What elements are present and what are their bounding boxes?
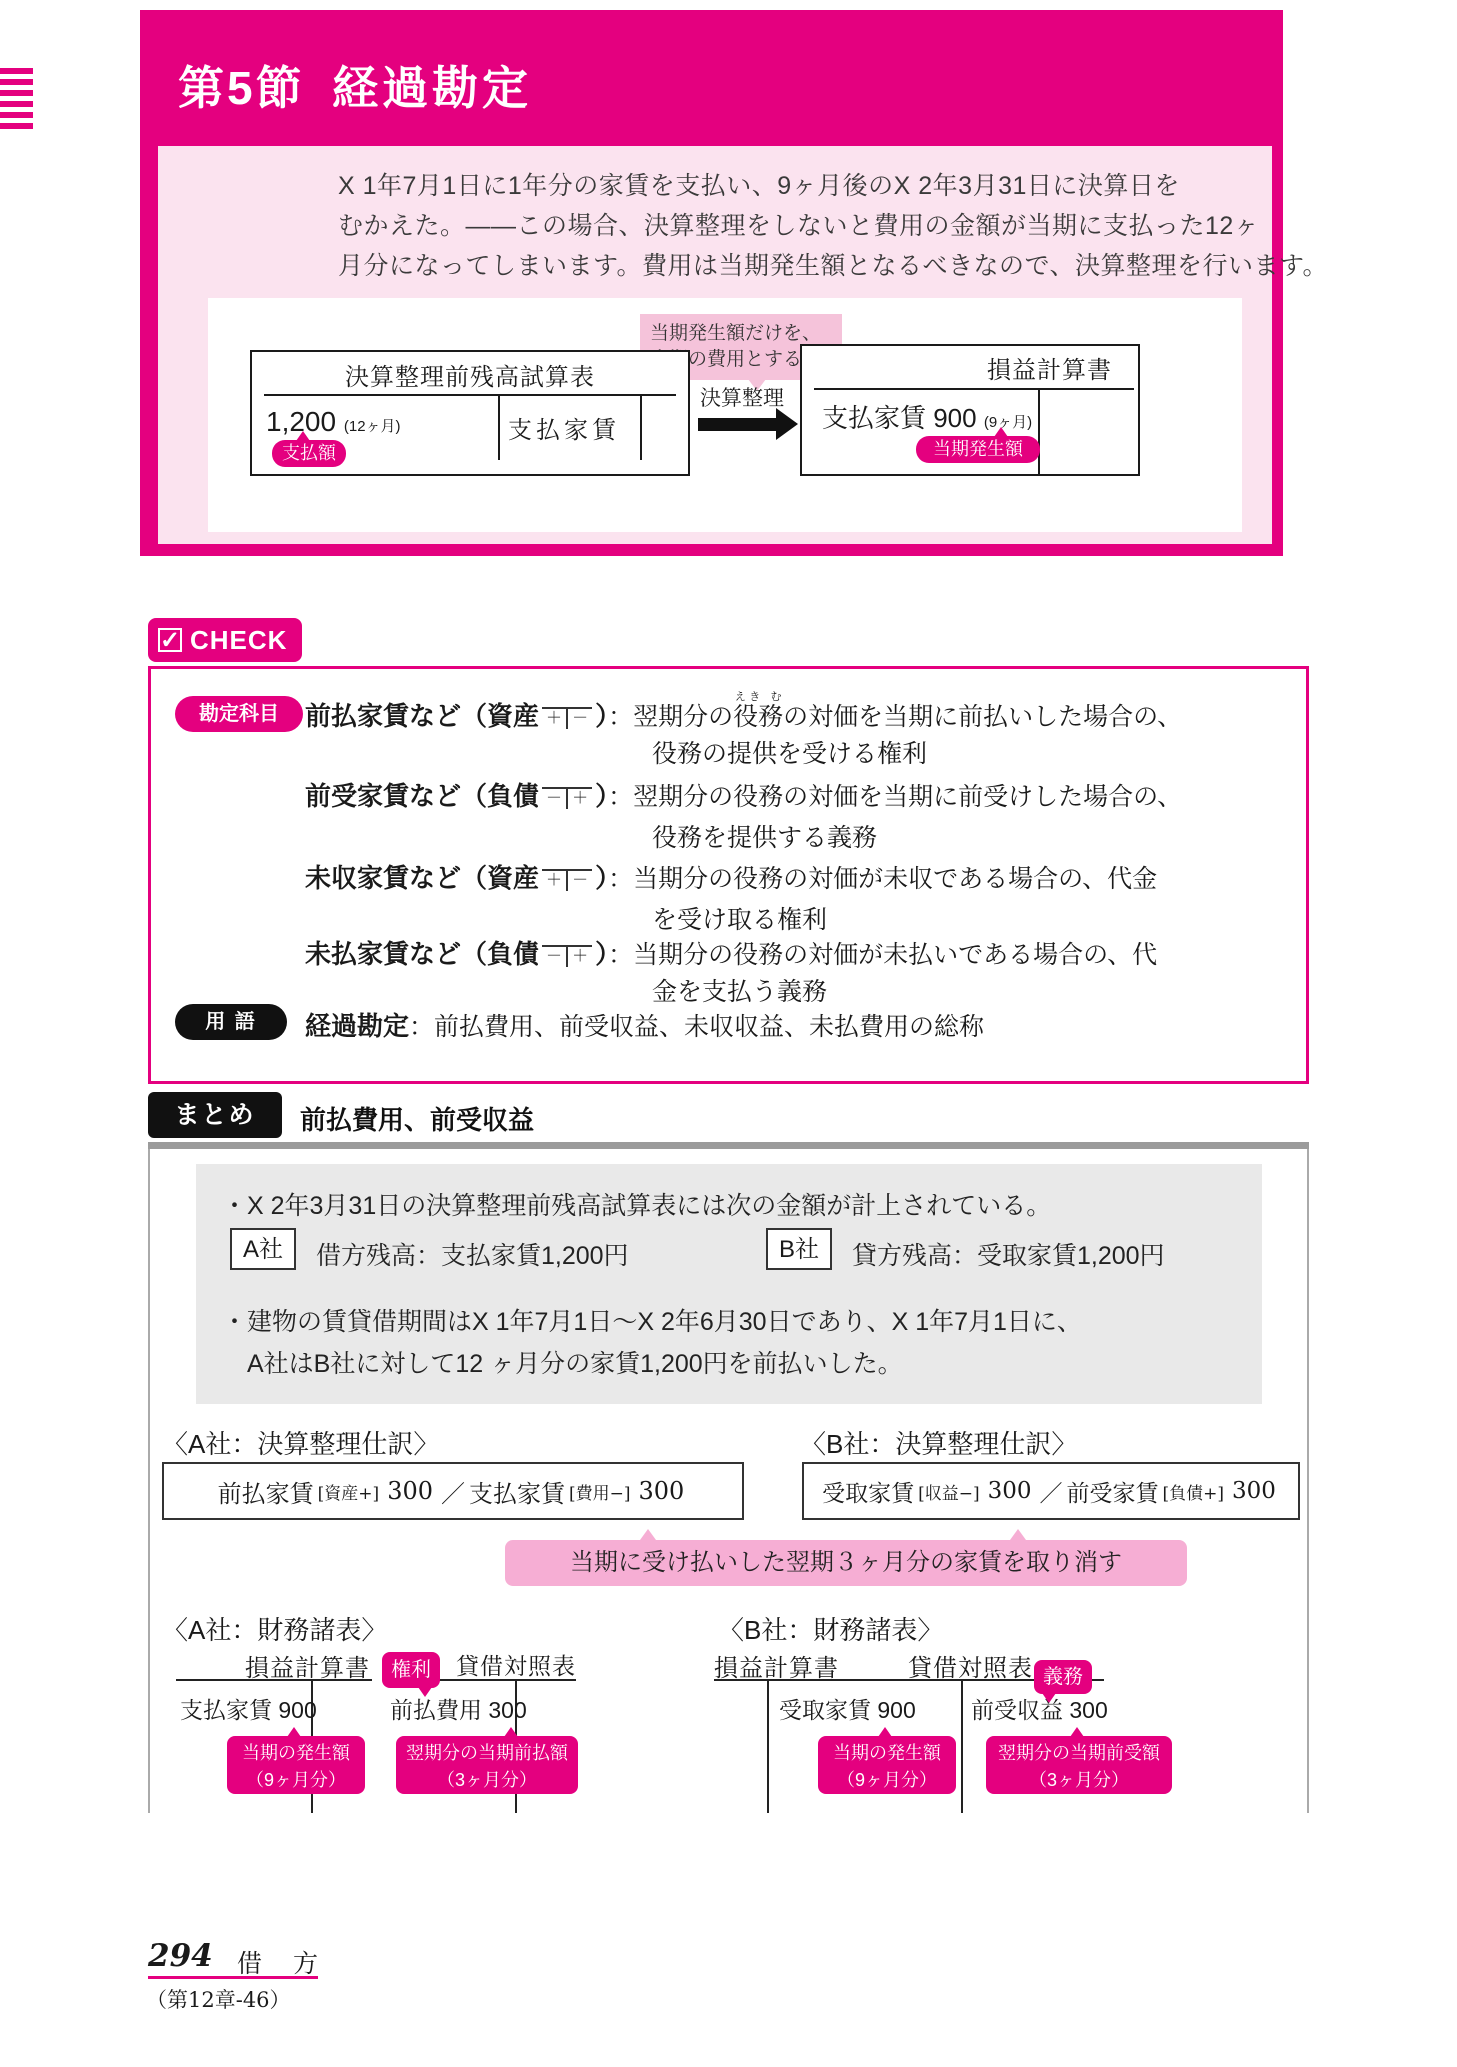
debit-amount: 1,200 (12ヶ月)	[266, 406, 401, 438]
badge-tail	[1042, 1693, 1056, 1703]
t-right: －	[566, 871, 592, 891]
desc: 当期分の役務の対価が未払いである場合の、代	[633, 940, 1157, 969]
taccount-divider	[640, 396, 642, 460]
debit-tag: [資産+]	[318, 1479, 380, 1504]
badge-line2: （3ヶ月分）	[396, 1767, 578, 1794]
fs-a-bs-rule	[428, 1679, 576, 1681]
credit-account: 前受家賃	[1067, 1475, 1159, 1508]
taccount-divider	[1038, 390, 1040, 474]
badge-line2: （9ヶ月分）	[818, 1767, 956, 1794]
desc: の対価を当期に前払いした場合の、	[783, 702, 1182, 731]
term-badge: 用 語	[175, 1004, 287, 1040]
badge-tail	[418, 1687, 432, 1697]
problem-bullet1: ・X 2年3月31日の決算整理前残高試算表には次の金額が計上されている。	[222, 1186, 1051, 1222]
section-number: 第5節	[178, 52, 305, 118]
badge-line1: 翌期分の当期前払額	[396, 1740, 578, 1767]
account-name: 支払家賃	[508, 410, 620, 445]
badge-line1: 翌期分の当期前受額	[986, 1740, 1172, 1767]
arrow-shaft	[698, 418, 776, 431]
glossary-term: 経過勘定	[305, 1011, 409, 1041]
credit-amount: 300	[1232, 1478, 1276, 1504]
problem-bullet2-line1: ・建物の賃貸借期間はX 1年7月1日〜X 2年6月30日であり、X 1年7月1日…	[222, 1302, 1082, 1338]
intro-text-line1: X 1年7月1日に1年分の家賃を支払い、9ヶ月後のX 2年3月31日に決算日を	[338, 166, 1180, 202]
paren-open: （	[461, 781, 487, 811]
fs-b-pl-divider	[767, 1681, 769, 1813]
check-row-desc-line: 金を支払う義務	[652, 972, 827, 1008]
stripe	[0, 90, 33, 96]
badge-tail	[296, 431, 310, 441]
ruby-base: 役務	[733, 702, 783, 731]
company-a-text: 借方残高：支払家賃1,200円	[316, 1236, 629, 1272]
check-row-term-line: 未収家賃など（資産＋－）：当期分の役務の対価が未収である場合の、代金	[305, 858, 1157, 895]
company-b-text: 貸方残高：受取家賃1,200円	[852, 1236, 1165, 1272]
t-right: ＋	[566, 789, 592, 809]
debit-account: 受取家賃	[822, 1475, 914, 1508]
colon: ：	[608, 864, 633, 893]
fs-a-pl-badge: 当期の発生額 （9ヶ月分）	[227, 1736, 365, 1794]
debit-tag: [収益−]	[918, 1479, 980, 1504]
amount-note: (12ヶ月)	[344, 418, 401, 435]
paren-close: ）	[595, 939, 608, 969]
glossary-desc: 前払費用、前受収益、未収収益、未払費用の総称	[434, 1012, 984, 1041]
category: 資産	[487, 701, 539, 731]
mini-taccount-icon: ＋－	[542, 869, 592, 891]
fs-b-bs-entry: 前受収益 300	[971, 1692, 1108, 1725]
badge-label: 当期発生額	[933, 439, 1023, 459]
t-left: ＋	[542, 709, 566, 729]
duty-badge: 義務	[1034, 1660, 1092, 1694]
fs-a-heading: 〈A社：財務諸表〉	[162, 1610, 387, 1647]
paren-open: （	[461, 939, 487, 969]
desc: 翌期分の役務の対価を当期に前受けした場合の、	[633, 782, 1182, 811]
check-label: CHECK	[190, 625, 287, 656]
fs-a-bs-badge: 翌期分の当期前払額 （3ヶ月分）	[396, 1736, 578, 1794]
stripe	[0, 79, 33, 85]
desc: 役務の提供を受ける権利	[652, 739, 927, 768]
section-title: 経過勘定	[332, 52, 532, 118]
desc: 翌期分の	[633, 702, 733, 731]
page-keyword: 借 方	[237, 1944, 330, 1980]
intro-text-line2: むかえた。——この場合、決算整理をしないと費用の金額が当期に支払った12ヶ	[338, 206, 1259, 242]
fs-b-bs-divider	[961, 1681, 963, 1813]
badge-tail	[878, 1727, 892, 1737]
paren-close: ）	[595, 701, 608, 731]
fs-a-pl-rule	[176, 1679, 372, 1681]
callout-tail	[640, 1529, 656, 1540]
journal-callout: 当期に受け払いした翌期３ヶ月分の家賃を取り消す	[505, 1540, 1187, 1586]
fs-b-heading: 〈B社：財務諸表〉	[718, 1610, 943, 1647]
right-badge: 権利	[382, 1652, 440, 1688]
taccount-rule	[814, 388, 1134, 390]
company-a-box: A社	[230, 1228, 296, 1270]
intro-text-line3: 月分になってしまいます。費用は当期発生額となるべきなので、決算整理を行います。	[338, 246, 1328, 282]
check-row-desc-line: 役務の提供を受ける権利	[652, 734, 927, 770]
glossary-line: 経過勘定：前払費用、前受収益、未収収益、未払費用の総称	[305, 1006, 984, 1043]
summary-left-border	[148, 1149, 150, 1813]
summary-right-border	[1307, 1149, 1309, 1813]
credit-amount: 300	[639, 1477, 685, 1505]
pre-trial-balance-title: 決算整理前残高試算表	[252, 357, 688, 392]
journal-a-heading: 〈A社：決算整理仕訳〉	[162, 1424, 439, 1461]
journal-a-entry: 前払家賃 [資産+] 300 ／ 支払家賃 [費用−] 300	[162, 1462, 744, 1520]
paren-close: ）	[595, 863, 608, 893]
footer-rule	[148, 1976, 318, 1979]
taccount-rule	[264, 394, 676, 396]
desc: を受け取る権利	[652, 905, 827, 934]
fs-a-bs-title: 貸借対照表	[428, 1648, 576, 1681]
journal-b-entry: 受取家賃 [収益−] 300 ／ 前受家賃 [負債+] 300	[802, 1462, 1300, 1520]
category: 負債	[487, 939, 539, 969]
debit-amount: 300	[387, 1477, 433, 1505]
badge-label: 支払額	[282, 443, 336, 463]
arrow-head-icon	[776, 408, 798, 440]
colon: ：	[409, 1012, 434, 1041]
credit-account: 支払家賃	[469, 1474, 565, 1509]
company-b-box: B社	[766, 1228, 832, 1270]
chapter-reference: （第12章-46）	[146, 1984, 291, 2014]
current-period-badge: 当期発生額	[916, 436, 1040, 463]
badge-tail	[994, 427, 1008, 437]
colon: ：	[608, 940, 633, 969]
badge-line2: （3ヶ月分）	[986, 1767, 1172, 1794]
page-number: 294	[148, 1938, 213, 1974]
mini-taccount-icon: ＋－	[542, 707, 592, 729]
mini-taccount-icon: －＋	[542, 787, 592, 809]
desc: 金を支払う義務	[652, 977, 827, 1006]
category: 負債	[487, 781, 539, 811]
income-statement-title: 損益計算書	[987, 350, 1112, 385]
stripe	[0, 101, 33, 107]
fs-b-bs-title: 貸借対照表	[908, 1648, 1033, 1683]
badge-tail	[287, 1727, 301, 1737]
paren-open: （	[461, 701, 487, 731]
stripe	[0, 112, 33, 118]
credit-tag: [費用−]	[569, 1479, 631, 1504]
ruby-term: 役務えき む	[733, 702, 783, 731]
problem-bullet2-line2: A社はB社に対して12 ヶ月分の家賃1,200円を前払いした。	[247, 1344, 903, 1380]
colon: ：	[608, 782, 633, 811]
credit-tag: [負債+]	[1163, 1479, 1225, 1504]
t-left: －	[542, 947, 566, 967]
term: 未収家賃など	[305, 863, 461, 893]
t-right: ＋	[566, 947, 592, 967]
callout-text: 当期に受け払いした翌期３ヶ月分の家賃を取り消す	[570, 1549, 1122, 1576]
fs-b-pl-badge: 当期の発生額 （9ヶ月分）	[818, 1736, 956, 1794]
entry-slash: ／	[441, 1474, 465, 1509]
debit-amount: 300	[988, 1478, 1032, 1504]
stripe	[0, 123, 33, 129]
fs-b-bs-badge: 翌期分の当期前受額 （3ヶ月分）	[986, 1736, 1172, 1794]
term: 前払家賃など	[305, 701, 461, 731]
fs-a-pl-title: 損益計算書	[178, 1648, 370, 1683]
paren-open: （	[461, 863, 487, 893]
textbook-page: 第5節 経過勘定 X 1年7月1日に1年分の家賃を支払い、9ヶ月後のX 2年3月…	[0, 0, 1457, 2067]
desc: 役務を提供する義務	[652, 823, 877, 852]
badge-line1: 当期の発生額	[227, 1740, 365, 1767]
summary-rule	[148, 1142, 1309, 1149]
badge-line1: 当期の発生額	[818, 1740, 956, 1767]
fs-a-bs-entry: 前払費用 300	[390, 1692, 527, 1725]
mini-taccount-icon: －＋	[542, 945, 592, 967]
summary-heading: 前払費用、前受収益	[300, 1100, 534, 1137]
fs-a-pl-entry: 支払家賃 900	[180, 1692, 317, 1725]
check-row-desc-line: を受け取る権利	[652, 900, 827, 936]
stripe	[0, 68, 33, 74]
fs-b-pl-entry: 受取家賃 900	[779, 1692, 916, 1725]
paid-amount-badge: 支払額	[272, 440, 346, 467]
checkmark-icon: ✓	[158, 628, 182, 652]
paren-close: ）	[595, 781, 608, 811]
callout-tail	[1010, 1529, 1026, 1540]
check-row-term-line: 前払家賃など（資産＋－）：翌期分の役務えき むの対価を当期に前払いした場合の、	[305, 690, 1182, 733]
debit-account: 前払家賃	[218, 1474, 314, 1509]
badge-tail	[504, 1727, 518, 1737]
fs-b-pl-title: 損益計算書	[714, 1648, 839, 1683]
journal-b-heading: 〈B社：決算整理仕訳〉	[800, 1424, 1077, 1461]
badge-tail	[1070, 1727, 1084, 1737]
entry-value: 支払家賃 900	[822, 403, 977, 433]
term: 前受家賃など	[305, 781, 461, 811]
badge-label: 義務	[1043, 1666, 1083, 1688]
summary-badge: まとめ	[148, 1092, 282, 1138]
check-heading-badge: ✓ CHECK	[148, 618, 302, 662]
desc: 当期分の役務の対価が未収である場合の、代金	[633, 864, 1157, 893]
adjustment-arrow-label: 決算整理	[700, 382, 784, 412]
colon: ：	[608, 702, 633, 731]
ruby-reading: えき む	[733, 690, 783, 703]
t-right: －	[566, 709, 592, 729]
badge-line2: （9ヶ月分）	[227, 1767, 365, 1794]
entry-note: (9ヶ月)	[984, 414, 1032, 431]
badge-label: 権利	[391, 1659, 431, 1681]
entry-slash: ／	[1040, 1475, 1063, 1508]
category: 資産	[487, 863, 539, 893]
fs-b-pl-rule	[714, 1679, 908, 1681]
term: 未払家賃など	[305, 939, 461, 969]
check-row-term-line: 前受家賃など（負債－＋）：翌期分の役務の対価を当期に前受けした場合の、	[305, 776, 1182, 813]
account-items-badge: 勘定科目	[175, 696, 303, 732]
t-left: ＋	[542, 871, 566, 891]
taccount-divider	[498, 396, 500, 460]
t-left: －	[542, 789, 566, 809]
check-row-term-line: 未払家賃など（負債－＋）：当期分の役務の対価が未払いである場合の、代	[305, 934, 1157, 971]
check-row-desc-line: 役務を提供する義務	[652, 818, 877, 854]
